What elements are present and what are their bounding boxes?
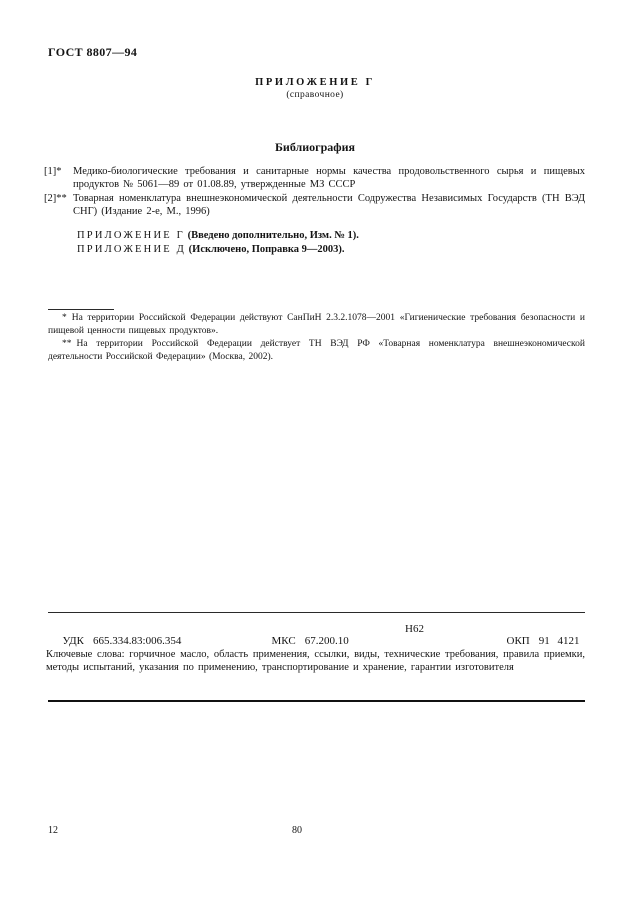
okp-value: 91 4121: [539, 635, 580, 647]
reference-list: [1]* Медико-биологические требования и с…: [44, 165, 585, 219]
reference-text: Медико-биологические требования и санита…: [73, 166, 585, 190]
amendment-label: ПРИЛОЖЕНИЕ Г: [77, 230, 185, 241]
footnote-text: На территории Российской Федерации дейст…: [48, 313, 585, 336]
document-page: ГОСТ 8807—94 ПРИЛОЖЕНИЕ Г (справочное) Б…: [0, 0, 630, 914]
amendment-note: (Введено дополнительно, Изм. № 1).: [188, 230, 359, 241]
group-code: Н62: [405, 623, 424, 635]
amendment-notes: ПРИЛОЖЕНИЕ Г (Введено дополнительно, Изм…: [77, 229, 359, 256]
udk-label: УДК: [63, 635, 85, 647]
reference-marker: [1]*: [44, 165, 62, 178]
classification-row: УДК665.334.83:006.354 МКС67.200.10 Н62 О…: [46, 623, 585, 639]
appendix-subtitle: (справочное): [0, 90, 630, 100]
appendix-title: ПРИЛОЖЕНИЕ Г: [0, 77, 630, 88]
footnote: *На территории Российской Федерации дейс…: [48, 312, 585, 338]
reference-text: Товарная номенклатура внешнеэкономическо…: [73, 193, 585, 217]
mks-label: МКС: [272, 635, 296, 647]
reference-marker: [2]**: [44, 192, 67, 205]
amendment-label: ПРИЛОЖЕНИЕ Д: [77, 244, 186, 255]
footnote: **На территории Российской Федерации дей…: [48, 338, 585, 364]
appendix-heading: ПРИЛОЖЕНИЕ Г (справочное): [0, 77, 630, 100]
okp-label: ОКП: [507, 635, 530, 647]
reference-item: [1]* Медико-биологические требования и с…: [44, 165, 585, 192]
amendment-line: ПРИЛОЖЕНИЕ Д (Исключено, Поправка 9—2003…: [77, 243, 359, 257]
page-number-left: 12: [48, 825, 58, 836]
page-number-center: 80: [292, 825, 302, 836]
footnote-marker: *: [62, 313, 67, 323]
amendment-line: ПРИЛОЖЕНИЕ Г (Введено дополнительно, Изм…: [77, 229, 359, 243]
classification-top-rule: [48, 612, 585, 613]
bottom-rule: [48, 700, 585, 702]
keywords-paragraph: Ключевые слова: горчичное масло, область…: [46, 648, 585, 675]
doc-code: ГОСТ 8807—94: [48, 45, 137, 60]
footnote-block: *На территории Российской Федерации дейс…: [48, 312, 585, 364]
amendment-note: (Исключено, Поправка 9—2003).: [189, 244, 345, 255]
footnote-text: На территории Российской Федерации дейст…: [48, 339, 585, 362]
reference-item: [2]** Товарная номенклатура внешнеэконом…: [44, 192, 585, 219]
bibliography-title: Библиография: [0, 140, 630, 155]
footnote-marker: **: [62, 339, 72, 349]
udk-value: 665.334.83:006.354: [93, 635, 181, 647]
footnote-separator-rule: [48, 309, 114, 310]
mks-value: 67.200.10: [305, 635, 349, 647]
